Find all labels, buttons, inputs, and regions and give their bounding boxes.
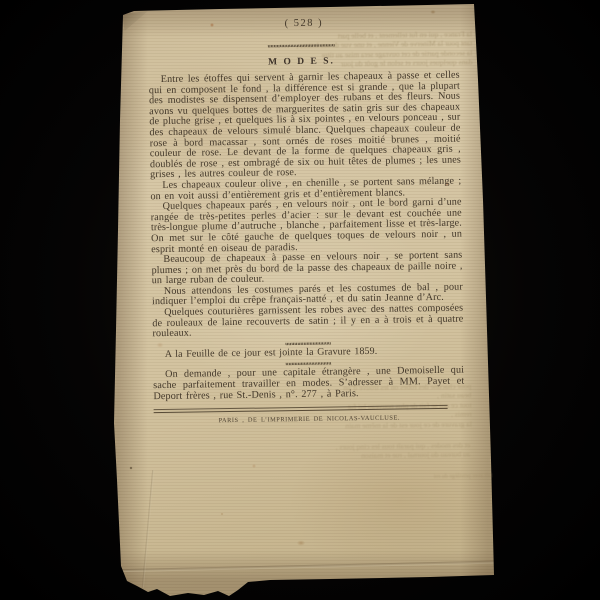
body-paragraph: Entre les étoffes qui servent à garnir l… xyxy=(149,71,462,182)
page-number: ( 528 ) xyxy=(248,17,360,30)
showthrough-line: au bureau du journal , rue et maison xyxy=(320,450,470,462)
photo-stage: la France , qui en fut tellement , et be… xyxy=(0,0,600,600)
showthrough-text-imprint: fait avec privilège du roi xyxy=(381,473,493,482)
body-paragraph: Quelques chapeaux parés , en velours noi… xyxy=(151,198,463,256)
showthrough-text-low: et des modes , qui paraît tous les cinq … xyxy=(320,440,470,461)
article-body: Entre les étoffes qui servent à garnir l… xyxy=(149,71,465,428)
classified-ad: On demande , pour une capitale étrangère… xyxy=(153,366,464,402)
imprint-double-rule xyxy=(154,405,448,413)
printed-content: la France , qui en fut tellement , et be… xyxy=(0,0,600,600)
body-paragraph: Quelques couturières garnissent les robe… xyxy=(152,304,463,340)
